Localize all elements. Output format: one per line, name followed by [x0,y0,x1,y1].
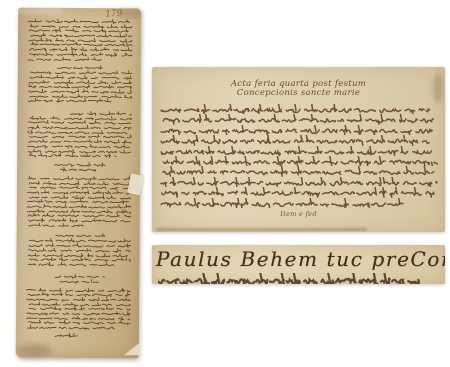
manuscript-line [158,273,420,284]
manuscript-line [160,135,431,145]
manuscript-line [160,166,435,176]
manuscript-line [27,56,102,61]
manuscript-line [160,187,435,197]
closeup-text: Paulus Behem tuc preConsul [156,246,445,271]
manuscript-line [58,167,100,172]
manuscript-line [160,146,432,156]
manuscript-line [160,125,437,135]
manuscript-text-blocks [25,8,133,338]
entry-heading-line2: Concepcionis sancte marie [152,89,445,98]
manuscript-line [26,222,84,227]
manuscript-line [160,156,438,166]
manuscript-page-full: 179 [16,8,141,359]
ink-smear [156,228,367,231]
manuscript-excerpt-entry: Acta feria quarta post festum Concepcion… [152,67,445,232]
manuscript-line [57,279,99,284]
text-block-paragraph [25,238,131,267]
document-scan: 179 Acta feria quarta post festum Concep… [0,0,450,367]
manuscript-line [26,153,117,158]
closeup-partial-line [158,273,420,284]
entry-body-text [160,104,439,208]
manuscript-line [160,198,406,208]
manuscript-line [53,64,106,69]
manuscript-line [25,325,115,330]
repair-patch [127,173,144,195]
manuscript-line [52,333,77,338]
manuscript-line [160,114,434,124]
text-block-heading [26,162,132,173]
text-block-paragraph [27,19,133,62]
manuscript-line [25,262,115,267]
ink-stain [18,344,52,358]
text-block-paragraph [27,70,133,104]
text-block-heading [25,273,131,284]
entry-closing-note: Item e fed [152,211,445,218]
text-block-paragraph [26,111,132,159]
manuscript-line [52,233,105,238]
text-block-paragraph [26,176,132,228]
text-block-paragraph [25,287,131,330]
entry-heading: Acta feria quarta post festum Concepcion… [152,67,445,98]
text-block-heading [27,64,133,70]
folded-corner [124,342,140,355]
manuscript-line [27,98,113,103]
edge-smudge [433,73,443,103]
manuscript-line [160,104,431,114]
text-block-tagline [25,332,131,338]
manuscript-excerpt-closeup: Paulus Behem tuc preConsul [152,245,445,284]
text-block-heading [26,232,132,238]
manuscript-line [160,177,438,187]
